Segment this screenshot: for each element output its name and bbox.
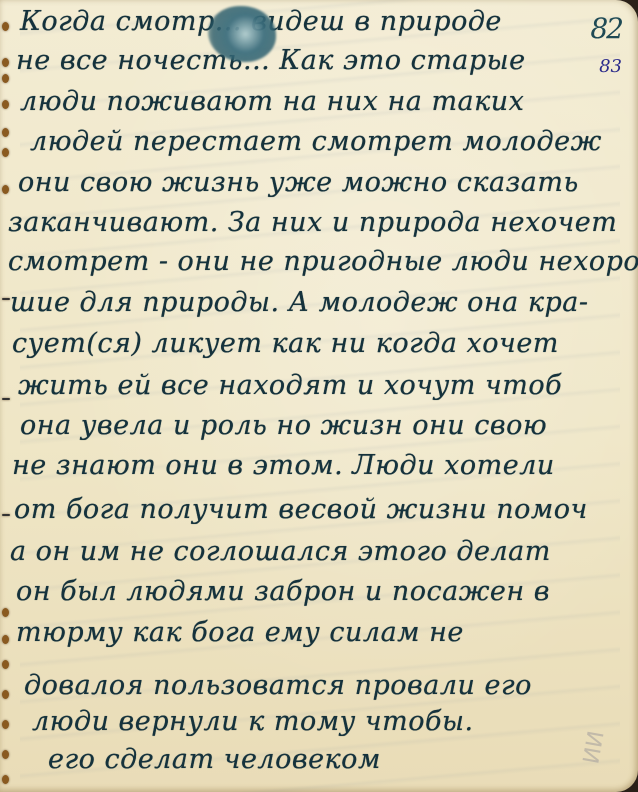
text-line: шие для природы. А молодеж она кра-	[10, 287, 589, 318]
ring-hole	[2, 635, 9, 644]
faint-margin-mark: ИИ	[579, 729, 609, 766]
text-line: тюрму как бога ему силам не	[16, 617, 464, 648]
ring-hole	[2, 690, 9, 699]
text-line: она увела и роль но жизн они свою	[20, 410, 547, 441]
ring-hole	[2, 22, 9, 31]
text-line: они свою жизнь уже можно сказать	[18, 167, 579, 198]
text-line: людей перестает смотрет молодеж	[30, 126, 602, 157]
text-line: не знают они в этом. Люди хотели	[12, 450, 555, 481]
text-line: люди вернули к тому чтобы.	[32, 706, 474, 737]
ink-blot	[208, 6, 276, 62]
notebook-page: 82 83 Когда смотр... видеш в природе не …	[0, 0, 638, 792]
text-line: жить ей все находят и хочут чтоб	[18, 370, 562, 401]
ring-hole	[2, 750, 9, 759]
text-line: он был людями заброн и посажен в	[16, 576, 550, 607]
spiral-binding-holes	[2, 0, 12, 792]
text-line: люди поживают на них на таких	[20, 86, 524, 117]
ring-hole	[2, 100, 9, 109]
ring-hole	[2, 148, 9, 157]
ring-hole	[2, 128, 9, 137]
text-line: от бога получит весвой жизни помоч	[14, 494, 588, 525]
page-number-pen: 83	[599, 56, 622, 77]
ring-hole	[2, 660, 9, 669]
margin-dash	[2, 298, 10, 300]
ring-hole	[2, 74, 9, 83]
margin-dash	[2, 514, 10, 516]
text-line: а он им не соглошался этого делат	[10, 536, 551, 567]
ring-hole	[2, 775, 9, 784]
ring-hole	[2, 608, 9, 617]
text-line: довалоя пользоватся провали его	[24, 670, 532, 701]
ring-hole	[2, 58, 9, 67]
margin-dash	[2, 398, 10, 400]
ring-hole	[2, 720, 9, 729]
text-line: сует(ся) ликует как ни когда хочет	[12, 328, 559, 359]
text-line: его сделат человеком	[48, 744, 381, 775]
text-line: заканчивают. За них и природа нехочет	[8, 207, 617, 238]
ring-hole	[2, 185, 9, 194]
text-line: смотрет - они не пригодные люди нехоро-	[8, 246, 638, 277]
page-number-ink: 82	[590, 12, 622, 45]
